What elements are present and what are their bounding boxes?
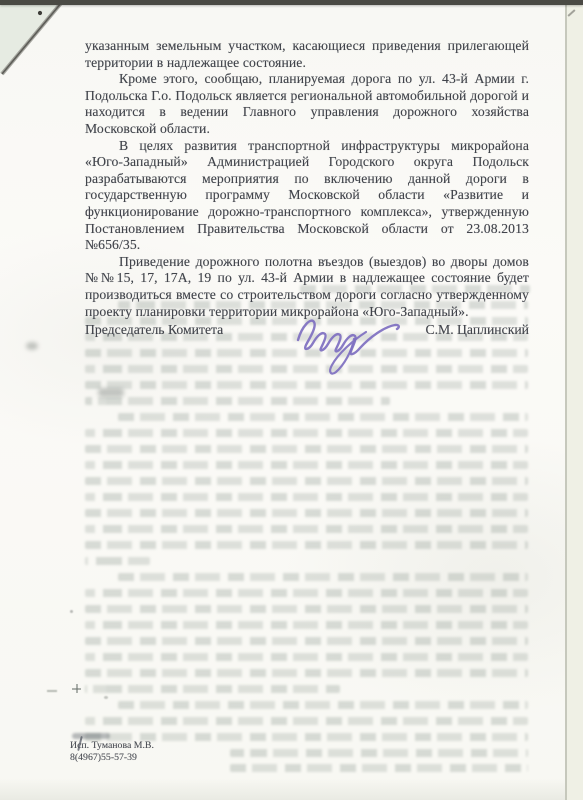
bleed-through-line	[85, 461, 528, 469]
signature-stroke	[298, 321, 399, 355]
smudge-artifact	[26, 342, 38, 350]
executor-phone: 8(4967)55-57-39	[70, 752, 154, 764]
bleed-through-line	[85, 397, 390, 405]
bleed-through-line	[85, 493, 528, 501]
bleed-through-line	[85, 669, 528, 677]
bleed-through-line	[85, 445, 528, 453]
handwritten-signature	[278, 295, 408, 385]
body-paragraph: Кроме этого, сообщаю, планируемая дорога…	[85, 71, 529, 137]
bleed-through-line	[85, 621, 528, 629]
body-paragraph: В целях развития транспортной инфраструк…	[85, 138, 529, 254]
bleed-through-line	[85, 509, 528, 517]
bleed-through-line	[85, 653, 528, 661]
speck-artifact	[104, 696, 108, 699]
executor-name: Исп. Туманова М.В.	[70, 740, 154, 752]
speck-artifact	[70, 610, 73, 613]
smudge-artifact	[98, 388, 124, 397]
smudge-artifact	[72, 733, 110, 739]
executor-footer: Исп. Туманова М.В. 8(4967)55-57-39	[70, 740, 154, 763]
bleed-through-line	[118, 573, 528, 581]
bleed-through-line	[85, 685, 340, 693]
bleed-through-line	[118, 413, 528, 421]
bleed-through-line	[85, 541, 528, 549]
plus-mark-artifact	[72, 688, 81, 690]
dash-artifact	[47, 690, 57, 692]
letter-body: указанным земельным участком, касающиеся…	[85, 38, 529, 320]
bottom-scan-shadow	[0, 778, 583, 800]
bleed-through-line	[85, 637, 528, 645]
signer-title: Председатель Комитета	[85, 322, 223, 338]
bleed-through-line	[85, 589, 528, 597]
folded-corner	[0, 0, 90, 90]
page-right-edge	[565, 0, 583, 800]
bleed-through-line	[85, 525, 528, 533]
body-paragraph: указанным земельным участком, касающиеся…	[85, 38, 529, 71]
scanner-top-edge	[0, 0, 583, 5]
bleed-through-line	[230, 764, 528, 772]
bleed-through-line	[85, 477, 528, 485]
corner-speck	[38, 11, 42, 15]
bleed-through-line	[118, 701, 528, 709]
bleed-through-line	[85, 605, 528, 613]
bleed-through-line	[230, 749, 528, 757]
bleed-through-line	[85, 429, 528, 437]
signer-name: С.М. Цаплинский	[425, 322, 529, 338]
scanned-letter-page: указанным земельным участком, касающиеся…	[0, 0, 583, 800]
bleed-through-line	[85, 557, 150, 565]
bleed-through-line	[85, 717, 528, 725]
